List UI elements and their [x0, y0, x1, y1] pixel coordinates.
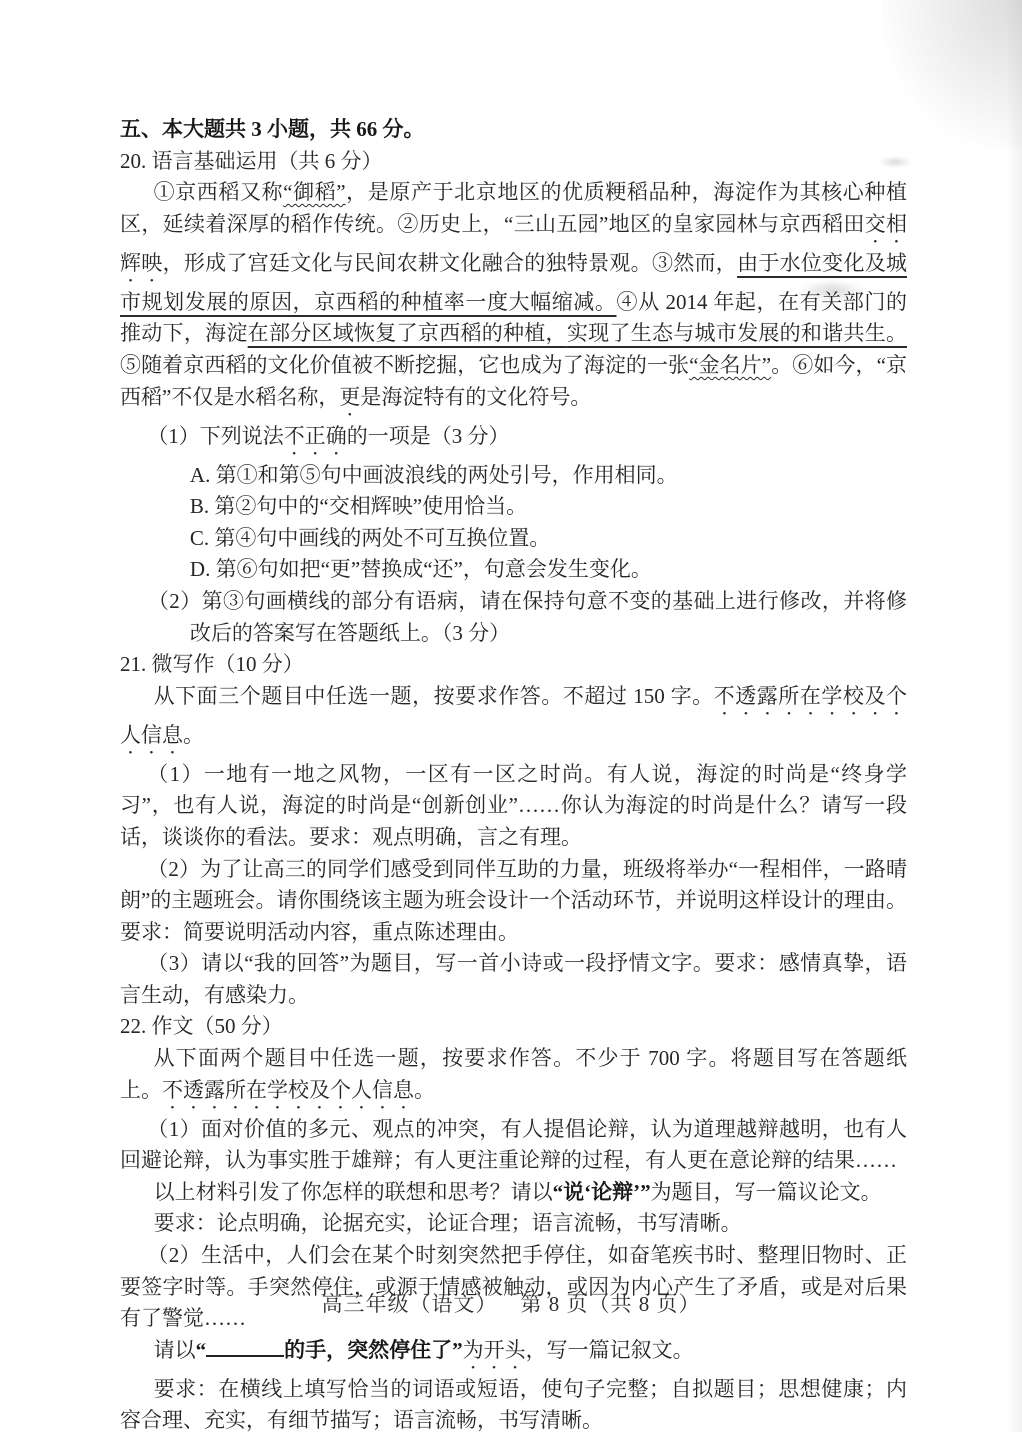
question-21-topic3: （3）请以“我的回答”为题目，写一首小诗或一段抒情文字。要求：感情真挚，语言生动… [120, 948, 907, 1011]
topic-text: （1）面对价值的多元、观点的冲突，有人提倡论辩，认为道理越辩越明，也有人回避论辩… [120, 1117, 907, 1173]
fill-in-blank-line [206, 1338, 284, 1357]
exam-content: 五、本大题共 3 小题，共 66 分。 20. 语言基础运用（共 6 分） ①京… [120, 114, 907, 1432]
opening-phrase-bold: 的手，突然停住了” [284, 1338, 463, 1362]
option-c: C. 第④句中画线的两处不可互换位置。 [190, 523, 907, 555]
question-22-opening-prompt: 请以“的手，突然停住了”为开头，写一篇记叙文。 [120, 1335, 907, 1374]
dot-emphasis-term: 为开头 [463, 1338, 526, 1362]
requirements-text: 要求：论点明确，论据充实，论证合理；语言流畅，书写清晰。 [154, 1211, 742, 1235]
question-21-title: 21. 微写作（10 分） [120, 649, 907, 681]
passage-text: ①京西稻又称 [154, 180, 284, 204]
option-a: A. 第①和第⑤句中画波浪线的两处引号，作用相同。 [190, 460, 907, 492]
underlined-clause: 实现了生态与城市发展的和谐共生。 [567, 321, 907, 345]
dot-emphasis-term: 不正确 [284, 424, 347, 448]
wavy-underlined-term: “御稻” [283, 180, 345, 204]
question-22-material-prompt: 以上材料引发了你怎样的联想和思考？请以“说‘论辩’”为题目，写一篇议论文。 [120, 1177, 907, 1209]
sub-question-text: 的一项是（3 分） [347, 424, 510, 448]
prompt-text: 以上材料引发了你怎样的联想和思考？请以 [154, 1180, 553, 1204]
question-22-requirements1: 要求：论点明确，论据充实，论证合理；语言流畅，书写清晰。 [120, 1208, 907, 1240]
wavy-underlined-term: “金名片” [689, 353, 771, 377]
page-footer: 高三年级（语文）第 8 页（共 8 页） [0, 1288, 1022, 1318]
dot-emphasis-term: 更 [339, 385, 360, 409]
essay-title-bold: “说‘论辩’” [553, 1180, 651, 1204]
exam-paper-page: 五、本大题共 3 小题，共 66 分。 20. 语言基础运用（共 6 分） ①京… [0, 0, 1022, 1432]
option-text: B. 第②句中的“交相辉映”使用恰当。 [190, 494, 527, 518]
question-20-title-text: 20. 语言基础运用（共 6 分） [120, 149, 383, 173]
question-22-title-text: 22. 作文（50 分） [120, 1014, 283, 1038]
topic-text: （3）请以“我的回答”为题目，写一首小诗或一段抒情文字。要求：感情真挚，语言生动… [120, 951, 907, 1007]
question-22-title: 22. 作文（50 分） [120, 1011, 907, 1043]
option-text: C. 第④句中画线的两处不可互换位置。 [190, 526, 551, 550]
question-21-title-text: 21. 微写作（10 分） [120, 652, 304, 676]
option-text: A. 第①和第⑤句中画波浪线的两处引号，作用相同。 [190, 463, 678, 487]
sub-question-text: （1）下列说法 [147, 424, 284, 448]
scan-edge-shadow [1006, 0, 1022, 1432]
question-20-title: 20. 语言基础运用（共 6 分） [120, 146, 907, 178]
topic-text: （2）为了让高三的同学们感受到同伴互助的力量，班级将举办“一程相伴，一路晴朗”的… [120, 857, 907, 944]
requirements-text: 要求：在横线上填写恰当的词语或短语，使句子完整；自拟题目；思想健康；内容合理、充… [120, 1377, 907, 1432]
intro-text: 。 [183, 723, 204, 747]
underlined-clause: 在部分区域恢复了京西稻的种植， [248, 321, 567, 345]
open-quote-bold: “ [196, 1338, 207, 1362]
intro-text: 从下面三个题目中任选一题，按要求作答。不超过 150 字。 [154, 684, 714, 708]
option-text: D. 第⑥句如把“更”替换成“还”，句意会发生变化。 [190, 557, 652, 581]
question-20-sub1: （1）下列说法不正确的一项是（3 分） [120, 421, 907, 460]
prompt-text: 为题目，写一篇议论文。 [651, 1180, 882, 1204]
passage-text: ⑤随着京西稻的文化价值被不断挖掘，它也成为了海淀的一张 [120, 353, 689, 377]
option-d: D. 第⑥句如把“更”替换成“还”，句意会发生变化。 [190, 554, 907, 586]
question-20-sub2: （2）第③句画横线的部分有语病，请在保持句意不变的基础上进行修改，并将修改后的答… [120, 586, 907, 649]
question-21-topic1: （1）一地有一地之风物，一区有一区之时尚。有人说，海淀的时尚是“终身学习”，也有… [120, 759, 907, 854]
passage-text: ，形成了宫廷文化与民间农耕文化融合的独特景观。③然而， [163, 251, 738, 275]
sub-question-text: （2）第③句画横线的部分有语病，请在保持句意不变的基础上进行修改，并将修改后的答… [148, 589, 907, 645]
footer-grade-subject: 高三年级（语文） [321, 1292, 497, 1316]
question-22-intro: 从下面两个题目中任选一题，按要求作答。不少于 700 字。将题目写在答题纸上。不… [120, 1043, 907, 1114]
topic-text: （1）一地有一地之风物，一区有一区之时尚。有人说，海淀的时尚是“终身学习”，也有… [120, 762, 907, 849]
question-20-passage: ①京西稻又称“御稻”，是原产于北京地区的优质粳稻品种，海淀作为其核心种植区，延续… [120, 177, 907, 420]
prompt-text: 请以 [154, 1338, 196, 1362]
question-22-requirements2: 要求：在横线上填写恰当的词语或短语，使句子完整；自拟题目；思想健康；内容合理、充… [120, 1374, 907, 1432]
footer-page-number: 第 8 页（共 8 页） [521, 1292, 701, 1316]
dot-emphasis-term: 不透露所在学校及个人信息 [162, 1078, 414, 1102]
section-heading: 五、本大题共 3 小题，共 66 分。 [120, 114, 907, 146]
question-21-topic2: （2）为了让高三的同学们感受到同伴互助的力量，班级将举办“一程相伴，一路晴朗”的… [120, 854, 907, 949]
option-b: B. 第②句中的“交相辉映”使用恰当。 [190, 491, 907, 523]
question-22-topic1: （1）面对价值的多元、观点的冲突，有人提倡论辩，认为道理越辩越明，也有人回避论辩… [120, 1114, 907, 1177]
intro-text: 。 [414, 1078, 435, 1102]
section-heading-text: 五、本大题共 3 小题，共 66 分。 [120, 117, 425, 141]
prompt-text: ，写一篇记叙文。 [526, 1338, 694, 1362]
passage-text: 是海淀特有的文化符号。 [360, 385, 591, 409]
question-21-intro: 从下面三个题目中任选一题，按要求作答。不超过 150 字。不透露所在学校及个人信… [120, 681, 907, 759]
